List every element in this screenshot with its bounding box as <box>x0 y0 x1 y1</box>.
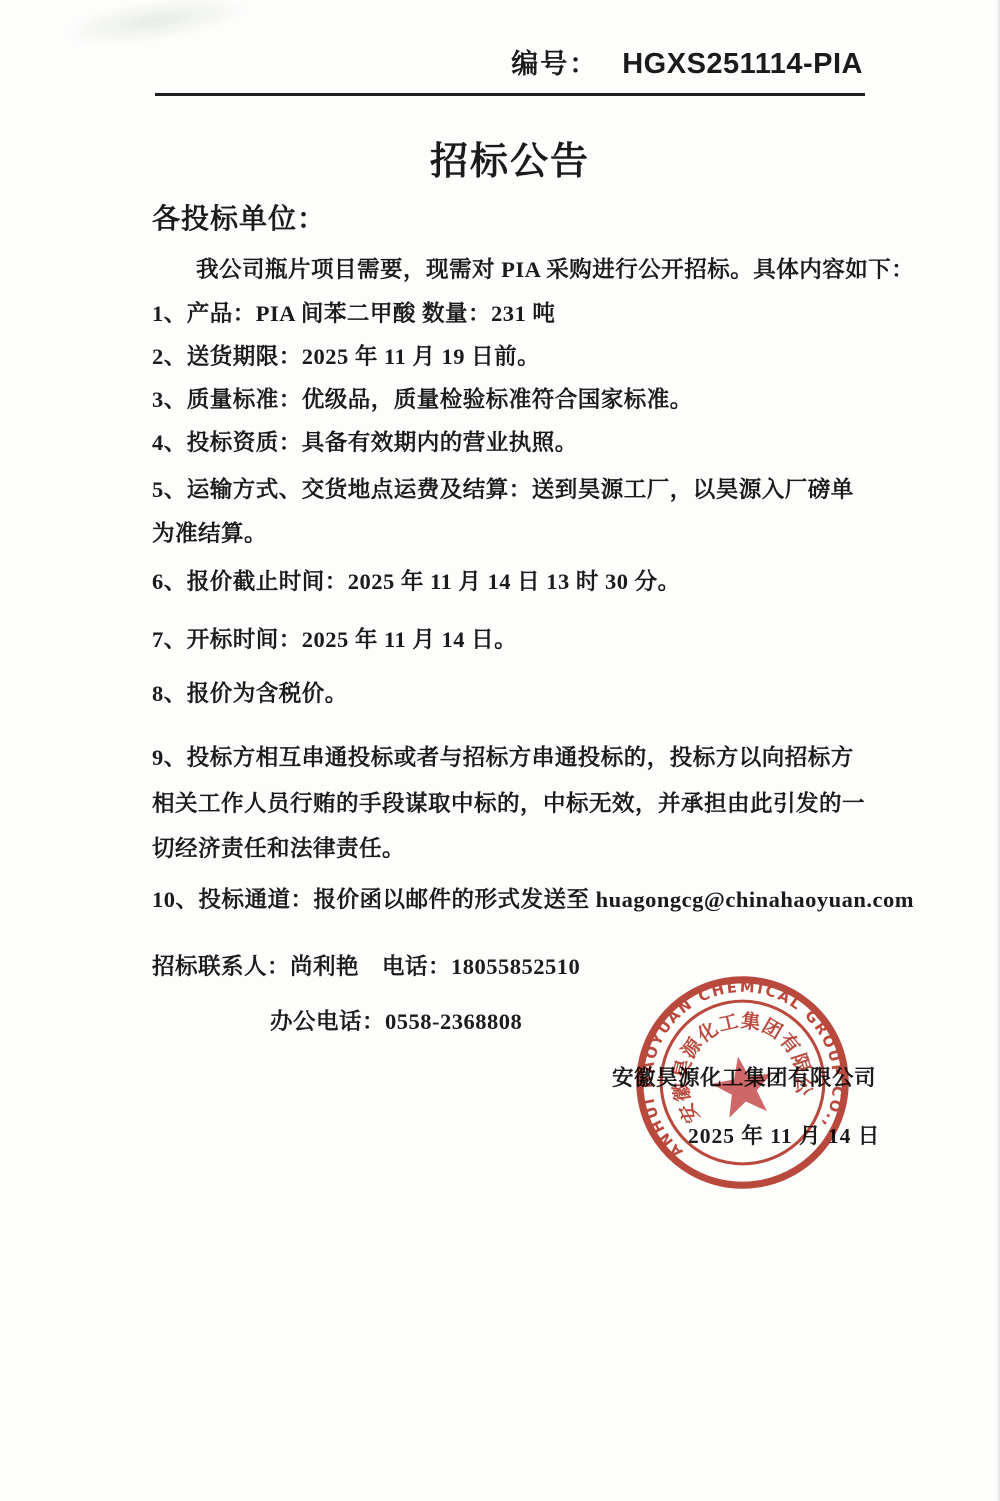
doc-number-label: 编号： <box>511 46 598 82</box>
tender-item-1: 1、产品：PIA 间苯二甲酸 数量：231 吨 <box>152 298 555 329</box>
contact-line: 招标联系人：尚利艳 电话：18055852510 <box>152 951 580 982</box>
tender-item-9: 9、投标方相互串通投标或者与招标方串通投标的，投标方以向招标方相关工作人员行贿的… <box>152 735 876 872</box>
tender-item-7: 7、开标时间：2025 年 11 月 14 日。 <box>152 624 517 655</box>
tender-item-3: 3、质量标准：优级品，质量检验标准符合国家标准。 <box>152 384 693 415</box>
page-title: 招标公告 <box>155 130 865 185</box>
tender-item-6: 6、报价截止时间：2025 年 11 月 14 日 13 时 30 分。 <box>152 566 681 597</box>
company-seal: ANHUI HAOYUAN CHEMICAL GROUP CO., LTD. 安… <box>566 906 919 1259</box>
scan-edge-shadow <box>996 0 1000 1501</box>
seal-inner-text-cn: 安徽昊源化工集团有限公司 <box>566 906 820 1144</box>
tender-item-4: 4、投标资质：具备有效期内的营业执照。 <box>152 427 578 458</box>
seal-star-icon <box>707 1051 778 1120</box>
salutation: 各投标单位： <box>152 197 326 237</box>
intro-paragraph: 我公司瓶片项目需要，现需对 PIA 采购进行公开招标。具体内容如下： <box>196 254 914 285</box>
office-phone-line: 办公电话：0558-2368808 <box>270 1006 522 1037</box>
doc-header: 编号： HGXS251114-PIA <box>155 46 865 96</box>
tender-item-10: 10、投标通道：报价函以邮件的形式发送至 huagongcg@chinahaoy… <box>152 884 914 915</box>
tender-item-8: 8、报价为含税价。 <box>152 678 348 709</box>
scanned-tender-document: 编号： HGXS251114-PIA 招标公告 各投标单位： 我公司瓶片项目需要… <box>0 0 1000 1501</box>
doc-number-value: HGXS251114-PIA <box>622 46 863 82</box>
tender-item-2: 2、送货期限：2025 年 11 月 19 日前。 <box>152 341 540 372</box>
tender-item-5: 5、运输方式、交货地点运费及结算：送到昊源工厂，以昊源入厂磅单为准结算。 <box>152 468 876 556</box>
